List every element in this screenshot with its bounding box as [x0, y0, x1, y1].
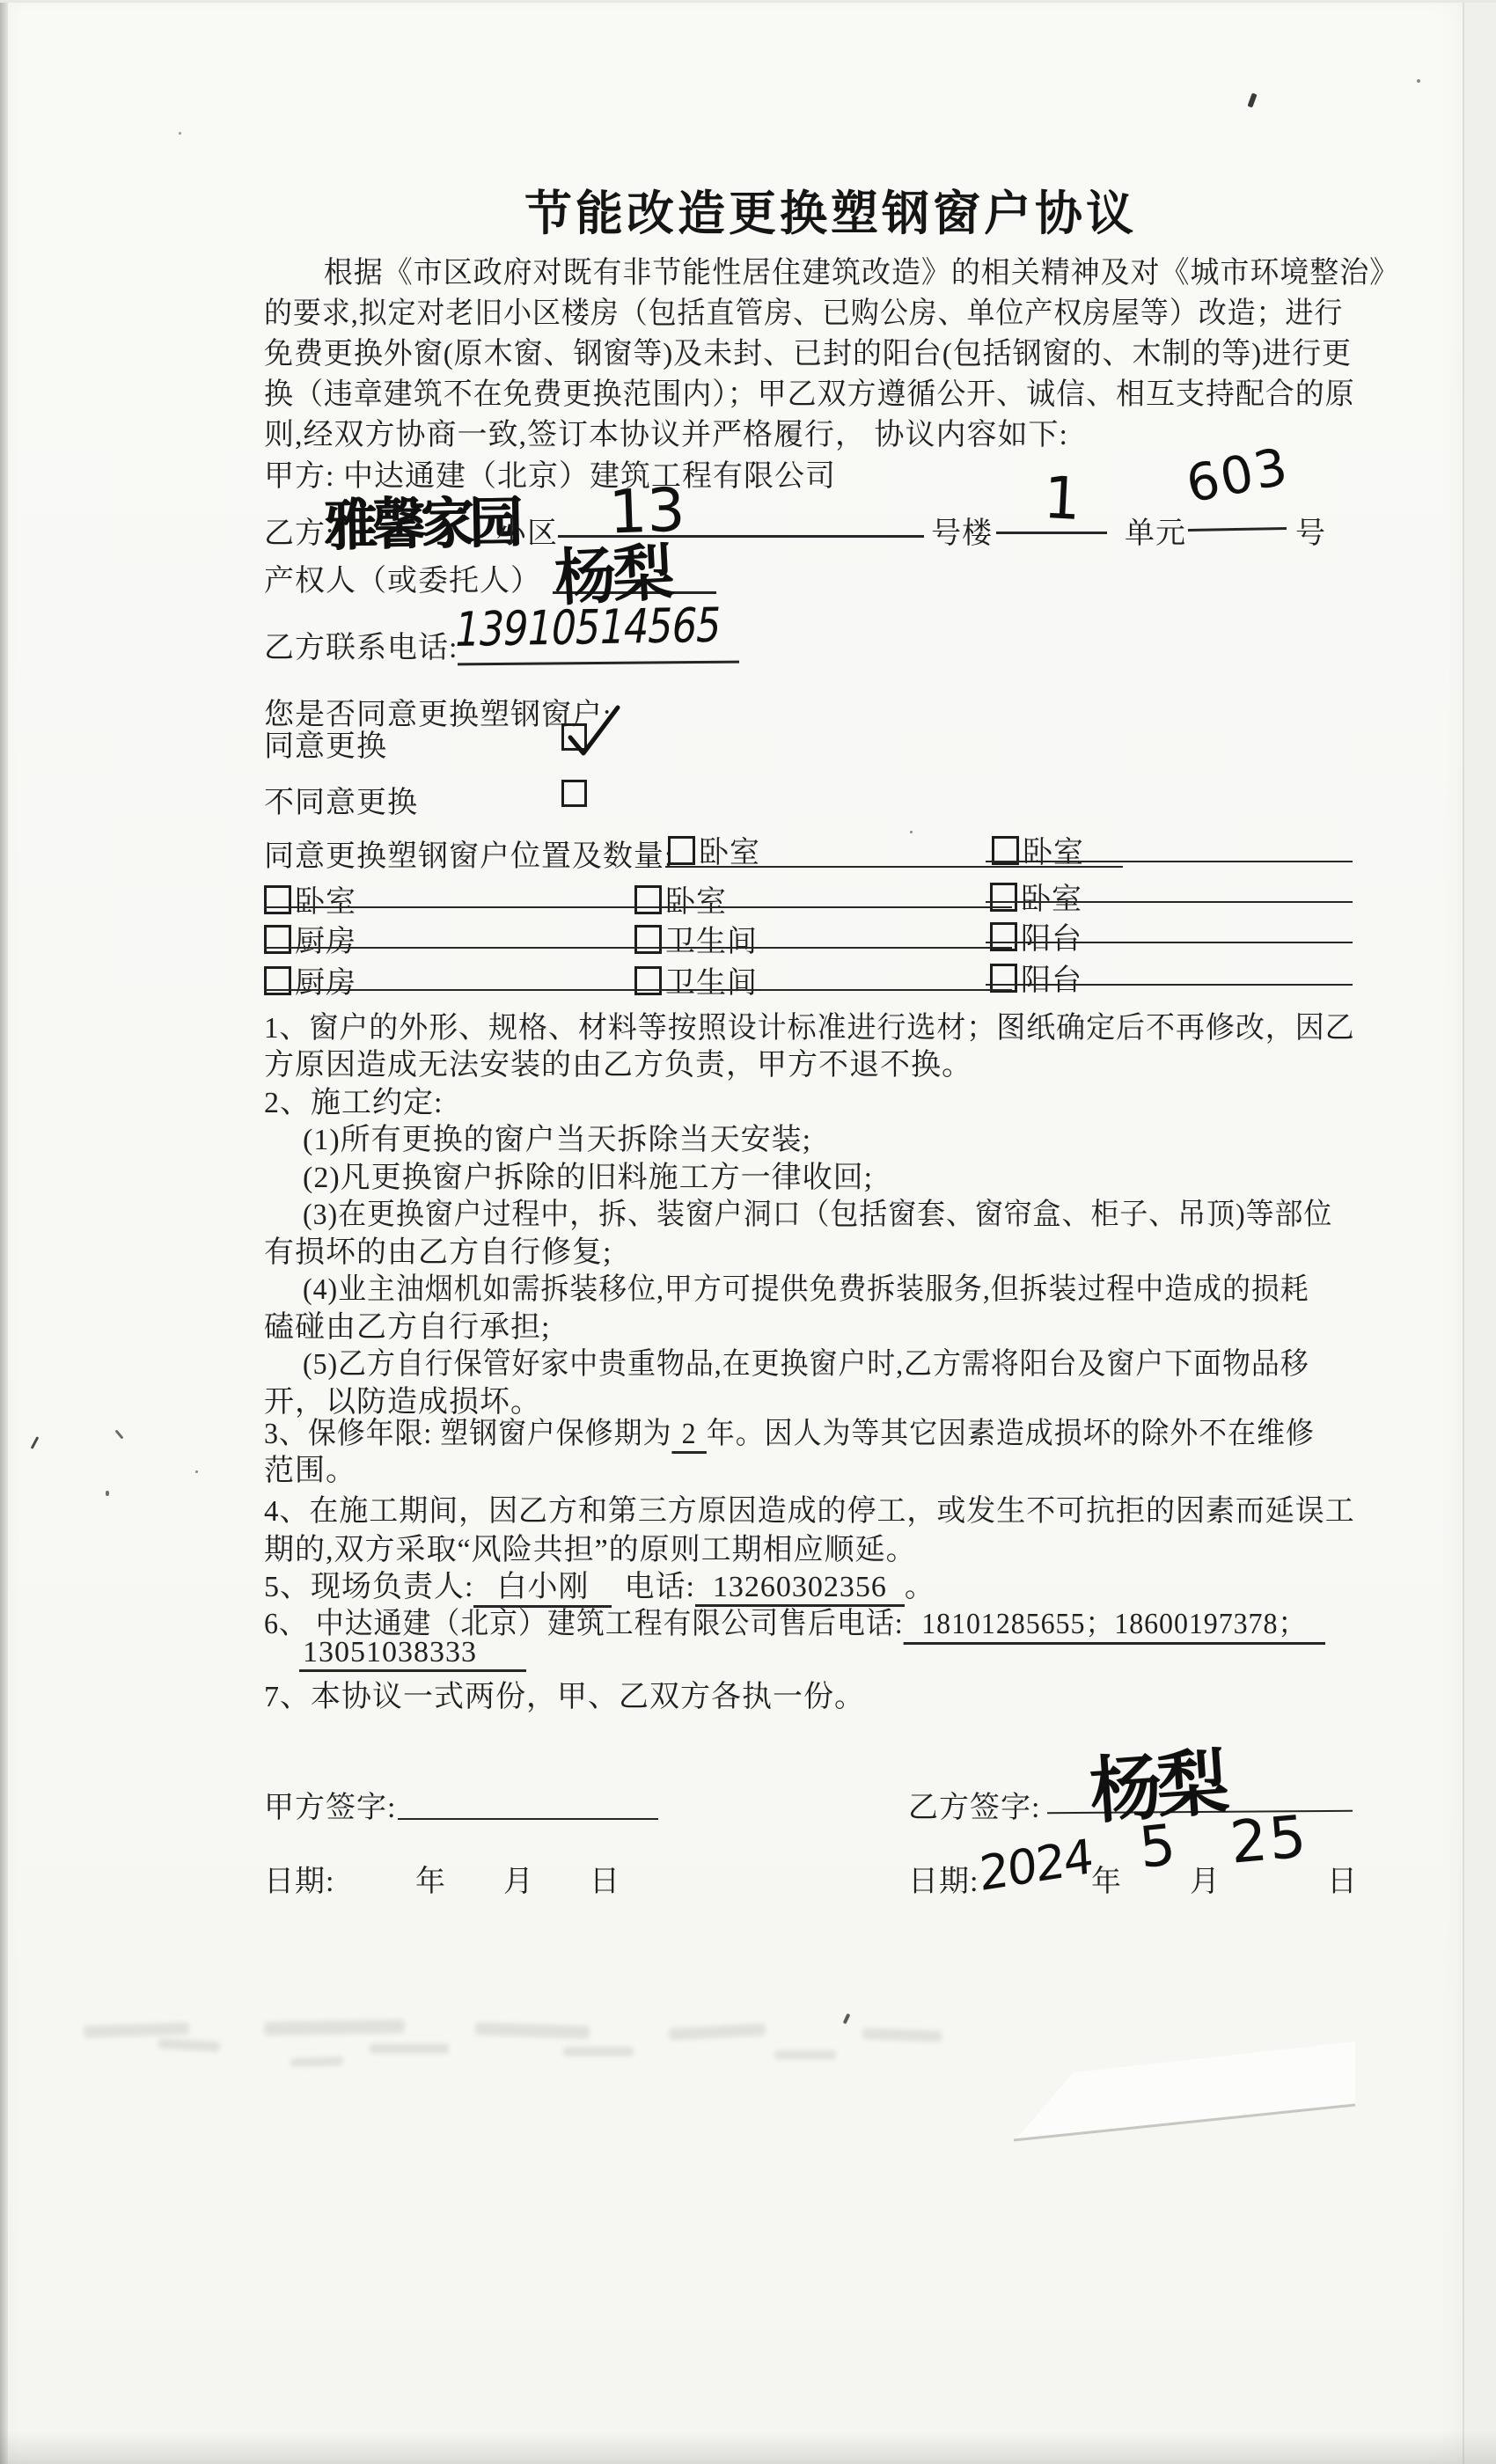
locations-header: 同意更换塑钢窗户位置及数量: [264, 832, 673, 875]
option-label: 阳台 [1021, 964, 1082, 997]
locations-row1-c3: 卧室 [990, 875, 1082, 918]
bedroom-checkbox [668, 836, 695, 865]
option-label: 阳台 [1021, 923, 1082, 956]
kitchen-checkbox [264, 925, 291, 954]
table-line [264, 906, 1012, 908]
term-2-sub-5-line-1: (5)乙方自行保管好家中贵重物品,在更换窗户时,乙方需将阳台及窗户下面物品移 [303, 1339, 1309, 1382]
intro-line-5: 则,经双方协商一致,签订本协议并严格履行， 协议内容如下: [264, 410, 1068, 453]
table-line [264, 947, 1012, 949]
option-label: 卧室 [665, 886, 727, 919]
term-2-sub-3-line-1: (3)在更换窗户过程中，拆、装窗户洞口（包括窗套、窗帘盒、柜子、吊顶)等部位 [303, 1190, 1332, 1233]
locations-header-option-2: 卧室 [992, 828, 1084, 871]
bleed-through-mark [290, 2057, 343, 2067]
term-7-line: 7、本协议一式两份，甲、乙双方各执一份。 [264, 1672, 865, 1715]
locations-row1-c1: 卧室 [264, 877, 356, 920]
community-suffix: 小区 [496, 509, 558, 552]
unit-suffix: 单元 [1125, 509, 1186, 552]
handwritten-contact-phone: 13910514565 [451, 598, 725, 657]
table-line [665, 866, 1123, 868]
table-line [986, 984, 1353, 986]
party-a-signature-label: 甲方签字: [264, 1783, 396, 1826]
scanned-agreement-page: { "colors":{"paper":"#f8f8f5","ink":"#1f… [0, 0, 1496, 2464]
locations-row3-c1: 厨房 [264, 958, 356, 1001]
term-2-sub-4-line-1: (4)业主油烟机如需拆装移位,甲方可提供免费拆装服务,但拆装过程中造成的损耗 [303, 1265, 1309, 1308]
date-b-day-suffix: 日 [1327, 1857, 1358, 1900]
bedroom-checkbox [634, 885, 662, 914]
term-2-sub-1: (1)所有更换的窗户当天拆除当天安装; [303, 1115, 811, 1158]
disagree-checkbox [561, 780, 587, 807]
scan-top-edge [0, 0, 1496, 3]
locations-row3-c3: 阳台 [990, 956, 1082, 999]
handwritten-checkmark [554, 695, 628, 764]
intro-line-4: 换（违章建筑不在免费更换范围内）；甲乙双方遵循公开、诚信、相互支持配合的原 [264, 370, 1355, 413]
option-label: 卫生间 [665, 967, 758, 1000]
date-a-year-suffix: 年 [415, 1857, 446, 1900]
bleed-through-mark [774, 2050, 836, 2059]
term-4-line-1: 4、在施工期间，因乙方和第三方原因造成的停工，或发生不可抗拒的因素而延误工 [264, 1486, 1355, 1529]
table-line [264, 989, 1012, 991]
owner-label: 产权人（或委托人） [264, 556, 541, 599]
bleed-through-mark [264, 2020, 405, 2036]
intro-line-1: 根据《市区政府对既有非节能性居住建筑改造》的相关精神及对《城市环境整治》 [264, 248, 1399, 291]
option-label: 卧室 [699, 837, 760, 869]
option-label: 厨房 [295, 926, 356, 958]
handwritten-unit-number: 1 [1042, 464, 1082, 533]
intro-line-2: 的要求,拟定对老旧小区楼房（包括直管房、已购公房、单位产权房屋等）改造；进行 [264, 289, 1343, 332]
handwritten-community-name: 雅馨家园 [323, 479, 518, 561]
scan-bottom-shadow [0, 2431, 1496, 2464]
agree-option-label: 同意更换 [264, 722, 387, 765]
date-b-year-suffix: 年 [1091, 1857, 1122, 1900]
bathroom-checkbox [634, 925, 662, 954]
intro-line-3: 免费更换外窗(原木窗、钢窗等)及未封、已封的阳台(包括钢窗的、木制的等)进行更 [264, 329, 1352, 372]
contact-label: 乙方联系电话: [264, 623, 458, 666]
locations-row2-c2: 卫生间 [634, 917, 758, 960]
paper-speck [179, 132, 181, 135]
term-3-line-1: 3、保修年限: 塑钢窗户保修期为2年。因人为等其它因素造成损坏的除外不在维修 [264, 1409, 1315, 1454]
table-line [986, 861, 1353, 862]
locations-header-option-1: 卧室 [668, 828, 760, 871]
scan-left-edge [0, 0, 8, 2464]
locations-row1-c2: 卧室 [634, 877, 727, 920]
date-b-label: 日期: [908, 1857, 979, 1900]
locations-row3-c2: 卫生间 [634, 958, 758, 1001]
date-a-label: 日期: [264, 1857, 334, 1900]
date-a-month-suffix: 月 [503, 1857, 534, 1900]
party-b-signature-label: 乙方签字: [908, 1783, 1040, 1826]
handwritten-date-month: 5 [1136, 1813, 1178, 1881]
date-b-month-suffix: 月 [1190, 1857, 1221, 1900]
option-label: 厨房 [295, 967, 356, 1000]
option-label: 卧室 [295, 886, 356, 919]
document-title: 节能改造更换塑钢窗户协议 [524, 176, 1123, 244]
building-suffix: 号楼 [931, 509, 993, 552]
paper-speck [1417, 79, 1420, 83]
bathroom-checkbox [634, 966, 662, 995]
option-label: 卫生间 [665, 926, 758, 958]
warranty-years-value: 2 [671, 1418, 706, 1454]
room-suffix: 号 [1295, 509, 1326, 552]
paper-speck [910, 831, 913, 833]
table-line [986, 901, 1353, 903]
locations-row2-c1: 厨房 [264, 917, 356, 960]
term-1-line-2: 方原因造成无法安装的由乙方负责，甲方不退不换。 [264, 1040, 972, 1083]
option-label: 卧室 [1021, 884, 1082, 916]
option-label: 卧室 [1023, 837, 1084, 869]
kitchen-checkbox [264, 966, 291, 995]
locations-header-label: 同意更换塑钢窗户位置及数量: [264, 840, 673, 873]
date-a-day-suffix: 日 [590, 1857, 620, 1900]
term-3-suffix: 年。因人为等其它因素造成损坏的除外不在维修 [707, 1418, 1315, 1450]
term-3-line-2: 范围。 [264, 1446, 356, 1489]
handwritten-date-day: 25 [1228, 1802, 1310, 1876]
table-line [986, 942, 1353, 943]
aftersales-phones-1: 18101285655；18600197378； [904, 1599, 1325, 1645]
paper-speck [106, 1491, 109, 1496]
disagree-option-label: 不同意更换 [264, 778, 418, 821]
bleed-through-mark [370, 2043, 449, 2054]
paper-speck [195, 1470, 198, 1473]
bleed-through-mark [563, 2047, 634, 2057]
aftersales-phones-2: 13051038333 [299, 1636, 526, 1672]
party-a-signature-underline [398, 1818, 658, 1820]
term-6-line-2: 13051038333 [299, 1636, 526, 1672]
bedroom-checkbox [264, 885, 291, 914]
locations-row2-c3: 阳台 [990, 914, 1082, 957]
